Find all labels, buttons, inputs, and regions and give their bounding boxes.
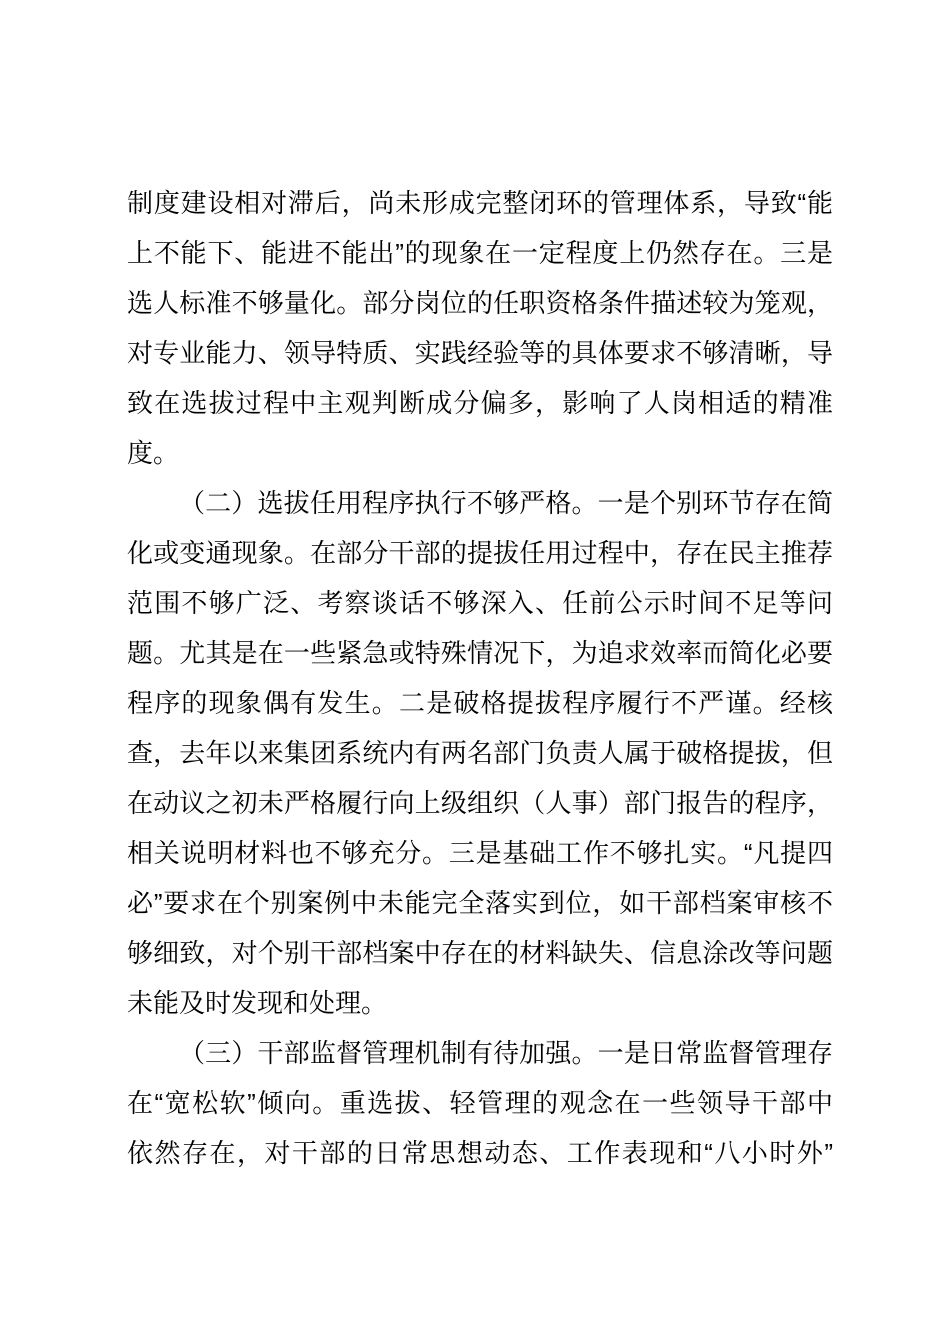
text-line: 在动议之初未严格履行向上级组织（人事）部门报告的程序， [127,778,833,828]
document-page: 制度建设相对滞后，尚未形成完整闭环的管理体系，导致“能 上不能下、能进不能出”的… [0,0,950,1344]
text-line: 制度建设相对滞后，尚未形成完整闭环的管理体系，导致“能 [127,178,833,228]
text-line: 程序的现象偶有发生。二是破格提拔程序履行不严谨。经核 [127,678,833,728]
text-line: 查，去年以来集团系统内有两名部门负责人属于破格提拔，但 [127,728,833,778]
text-line: 题。尤其是在一些紧急或特殊情况下，为追求效率而简化必要 [127,628,833,678]
text-line: 在“宽松软”倾向。重选拔、轻管理的观念在一些领导干部中 [127,1078,833,1128]
text-line: 相关说明材料也不够充分。三是基础工作不够扎实。“凡提四 [127,828,833,878]
text-line paragraph-2-heading-line: （二）选拔任用程序执行不够严格。一是个别环节存在简 [127,478,833,528]
text-line: 致在选拔过程中主观判断成分偏多，影响了人岗相适的精准 [127,378,833,428]
text-line: 上不能下、能进不能出”的现象在一定程度上仍然存在。三是 [127,228,833,278]
text-line: 化或变通现象。在部分干部的提拔任用过程中，存在民主推荐 [127,528,833,578]
text-line: 依然存在，对干部的日常思想动态、工作表现和“八小时外” [127,1128,833,1178]
text-line: 选人标准不够量化。部分岗位的任职资格条件描述较为笼观， [127,278,833,328]
document-body: 制度建设相对滞后，尚未形成完整闭环的管理体系，导致“能 上不能下、能进不能出”的… [127,178,833,1178]
text-line: 对专业能力、领导特质、实践经验等的具体要求不够清晰，导 [127,328,833,378]
text-line: 度。 [127,428,833,478]
text-line: 范围不够广泛、考察谈话不够深入、任前公示时间不足等问 [127,578,833,628]
text-line: 必”要求在个别案例中未能完全落实到位，如干部档案审核不 [127,878,833,928]
text-line paragraph-3-heading-line: （三）干部监督管理机制有待加强。一是日常监督管理存 [127,1028,833,1078]
text-line: 未能及时发现和处理。 [127,978,833,1028]
text-line: 够细致，对个别干部档案中存在的材料缺失、信息涂改等问题 [127,928,833,978]
